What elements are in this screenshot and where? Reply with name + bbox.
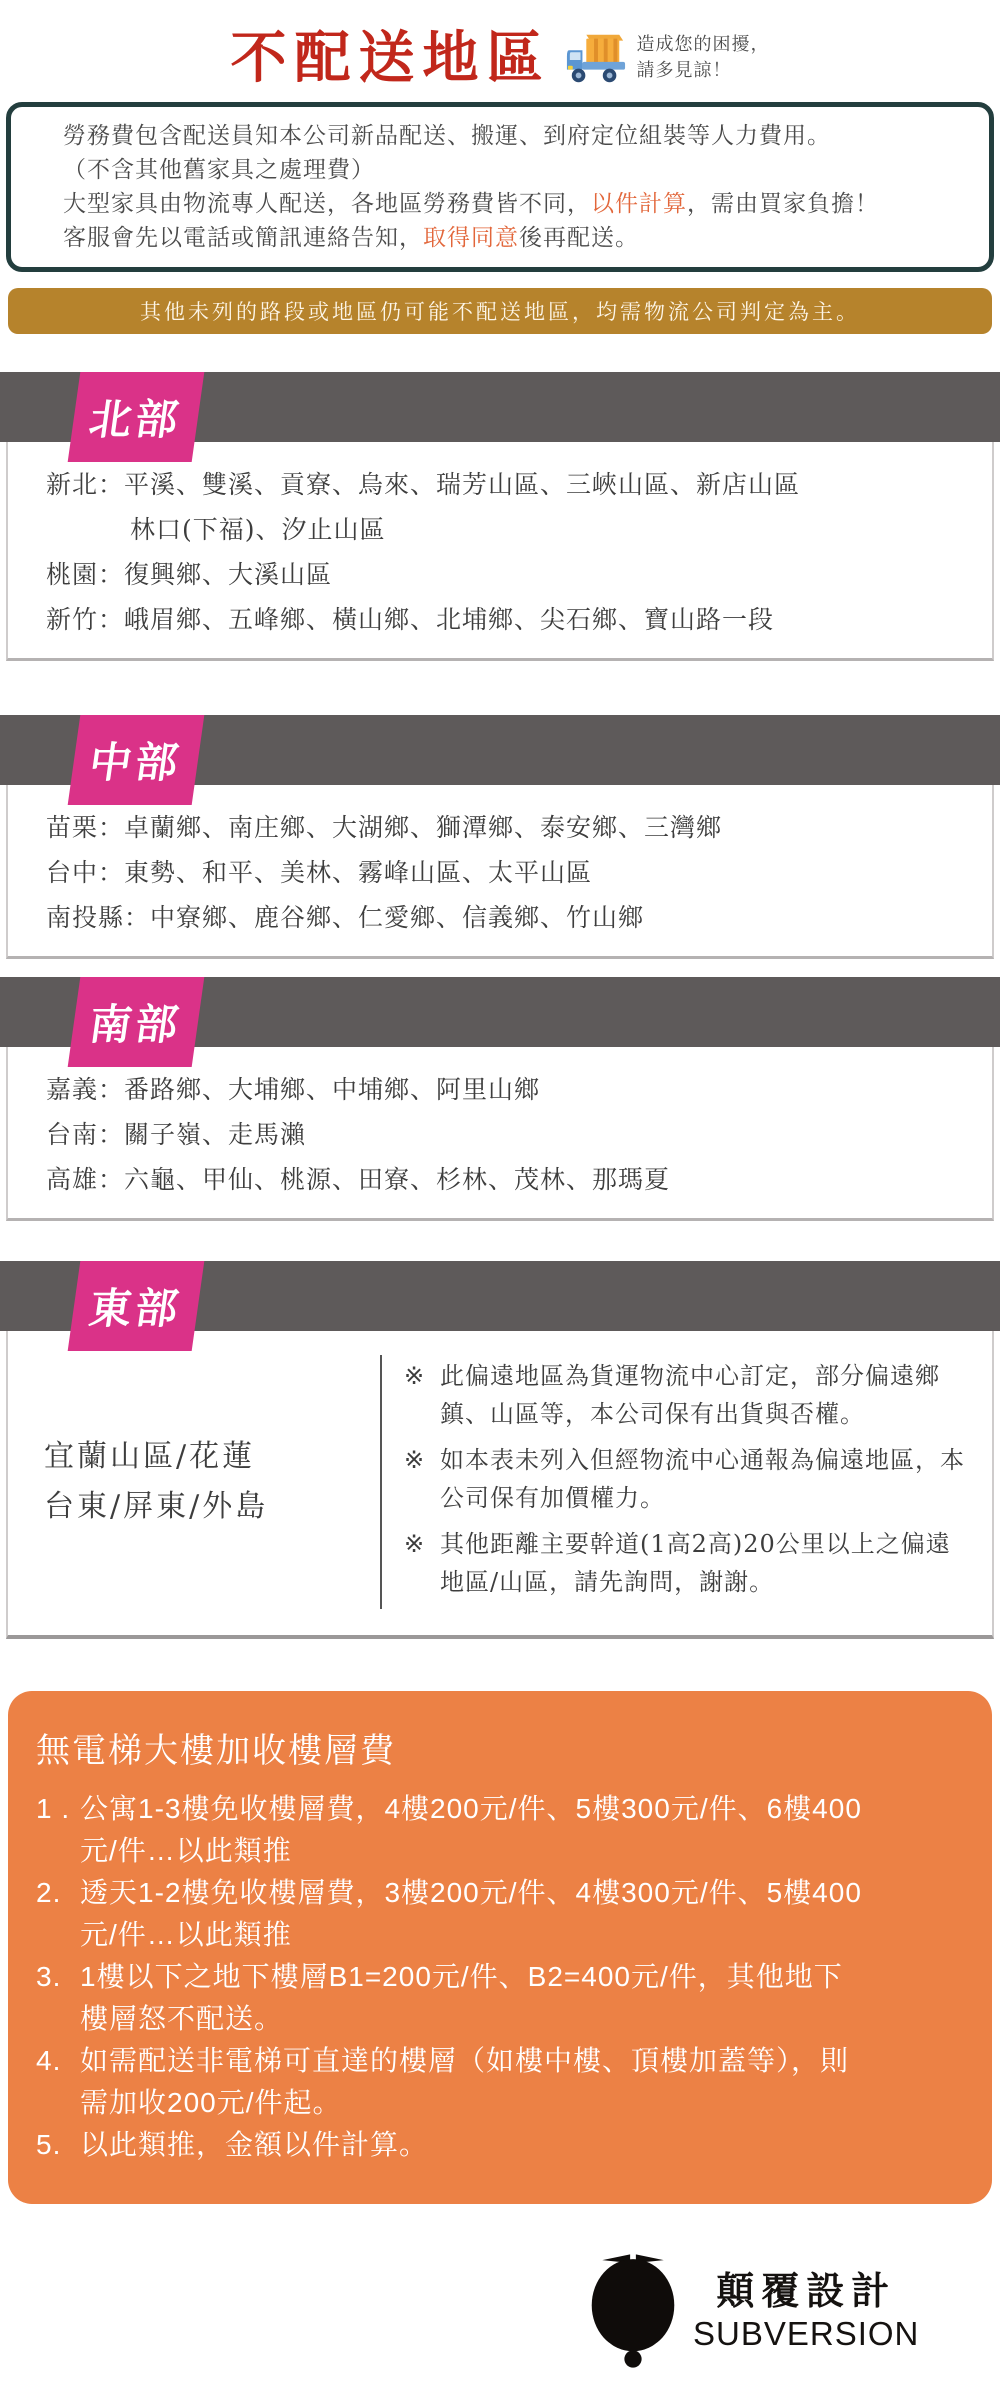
footer-brand: 顛覆設計 SUBVERSION <box>585 2246 1000 2376</box>
brand-logo-icon <box>585 2250 681 2372</box>
item-text: 如需配送非電梯可直達的樓層（如樓中樓、頂樓加蓋等），則需加收200元/件起。 <box>80 2040 870 2124</box>
section-east-badge: 東部 <box>68 1261 205 1351</box>
east-note-text: 如本表未列入但經物流中心通報為偏遠地區，本公司保有加價權力。 <box>440 1441 966 1517</box>
section-east-box: 宜蘭山區/花蓮 台東/屏東/外島 ※ 此偏遠地區為貨運物流中心訂定，部分偏遠鄉鎮… <box>6 1331 994 1639</box>
east-note-text: 此偏遠地區為貨運物流中心訂定，部分偏遠鄉鎮、山區等，本公司保有出貨與否權。 <box>440 1357 966 1433</box>
notice-line4-highlight: 取得同意 <box>423 225 519 251</box>
notice-line3-pre: 大型家具由物流專人配送，各地區勞務費皆不同， <box>63 191 591 217</box>
region-row: 苗栗：卓蘭鄉、南庄鄉、大湖鄉、獅潭鄉、泰安鄉、三灣鄉 <box>46 805 968 850</box>
section-central: 中部 苗栗：卓蘭鄉、南庄鄉、大湖鄉、獅潭鄉、泰安鄉、三灣鄉 台中：東勢、和平、美… <box>0 715 1000 959</box>
header-note: 造成您的困擾， 請多見諒！ <box>637 32 770 84</box>
floor-fee-box: 無電梯大樓加收樓層費 1 . 公寓1-3樓免收樓層費，4樓200元/件、5樓30… <box>8 1691 992 2204</box>
region-row: 林口(下福)、汐止山區 <box>46 507 968 552</box>
delivery-truck-icon <box>565 30 627 86</box>
east-areas-line1: 宜蘭山區/花蓮 <box>44 1432 380 1482</box>
east-areas: 宜蘭山區/花蓮 台東/屏東/外島 <box>8 1355 380 1609</box>
east-note: ※ 此偏遠地區為貨運物流中心訂定，部分偏遠鄉鎮、山區等，本公司保有出貨與否權。 <box>404 1357 966 1433</box>
region-row: 高雄：六龜、甲仙、桃源、田寮、杉林、茂林、那瑪夏 <box>46 1157 968 1202</box>
brand-name-en: SUBVERSION <box>693 2314 919 2354</box>
region-row: 桃園：復興鄉、大溪山區 <box>46 552 968 597</box>
region-row: 南投縣：中寮鄉、鹿谷鄉、仁愛鄉、信義鄉、竹山鄉 <box>46 895 968 940</box>
header: 不配送地區 造成您的困擾， 請多見諒！ <box>0 0 1000 96</box>
item-number: 1 . <box>36 1788 80 1872</box>
floor-fee-item: 2. 透天1-2樓免收樓層費，3樓200元/件、4樓300元/件、5樓400元/… <box>36 1872 948 1956</box>
section-north-list: 新北：平溪、雙溪、貢寮、烏來、瑞芳山區、三峽山區、新店山區 林口(下福)、汐止山… <box>6 442 994 661</box>
reference-mark-icon: ※ <box>404 1357 440 1433</box>
east-notes: ※ 此偏遠地區為貨運物流中心訂定，部分偏遠鄉鎮、山區等，本公司保有出貨與否權。 … <box>380 1355 992 1609</box>
floor-fee-item: 1 . 公寓1-3樓免收樓層費，4樓200元/件、5樓300元/件、6樓400元… <box>36 1788 948 1872</box>
notice-line3-highlight: 以件計算 <box>591 191 687 217</box>
notice-line3-post: ，需由買家負擔！ <box>687 191 879 217</box>
east-note: ※ 其他距離主要幹道(1高2高)20公里以上之偏遠地區/山區，請先詢問，謝謝。 <box>404 1525 966 1601</box>
floor-fee-title: 無電梯大樓加收樓層費 <box>36 1723 948 1772</box>
floor-fee-item: 3. 1樓以下之地下樓層B1=200元/件、B2=400元/件，其他地下樓層怒不… <box>36 1956 948 2040</box>
floor-fee-item: 5. 以此類推，金額以件計算。 <box>36 2124 948 2166</box>
item-number: 2. <box>36 1872 80 1956</box>
page: 不配送地區 造成您的困擾， 請多見諒！ 勞務費包含配送員知本公司新品配送、搬運、… <box>0 0 1000 2400</box>
item-number: 4. <box>36 2040 80 2124</box>
brand-text: 顛覆設計 SUBVERSION <box>693 2268 919 2354</box>
notice-line4-pre: 客服會先以電話或簡訊連絡告知， <box>63 225 423 251</box>
floor-fee-item: 4. 如需配送非電梯可直達的樓層（如樓中樓、頂樓加蓋等），則需加收200元/件起… <box>36 2040 948 2124</box>
section-north-label: 北部 <box>86 387 186 447</box>
region-row: 新竹：峨眉鄉、五峰鄉、橫山鄉、北埔鄉、尖石鄉、寶山路一段 <box>46 597 968 642</box>
header-note-line1: 造成您的困擾， <box>637 32 770 58</box>
region-row: 新北：平溪、雙溪、貢寮、烏來、瑞芳山區、三峽山區、新店山區 <box>46 462 968 507</box>
notice-line4: 客服會先以電話或簡訊連絡告知，取得同意後再配送。 <box>63 221 969 255</box>
section-south: 南部 嘉義：番路鄉、大埔鄉、中埔鄉、阿里山鄉 台南：關子嶺、走馬瀨 高雄：六龜、… <box>0 977 1000 1221</box>
region-row: 嘉義：番路鄉、大埔鄉、中埔鄉、阿里山鄉 <box>46 1067 968 1112</box>
notice-line3: 大型家具由物流專人配送，各地區勞務費皆不同，以件計算，需由買家負擔！ <box>63 187 969 221</box>
item-text: 公寓1-3樓免收樓層費，4樓200元/件、5樓300元/件、6樓400元/件…以… <box>80 1788 870 1872</box>
section-north-badge: 北部 <box>68 372 205 462</box>
section-north: 北部 新北：平溪、雙溪、貢寮、烏來、瑞芳山區、三峽山區、新店山區 林口(下福)、… <box>0 372 1000 661</box>
service-fee-notice: 勞務費包含配送員知本公司新品配送、搬運、到府定位組裝等人力費用。 （不含其他舊家… <box>6 102 994 272</box>
section-central-badge: 中部 <box>68 715 205 805</box>
item-text: 以此類推，金額以件計算。 <box>80 2124 870 2166</box>
east-areas-line2: 台東/屏東/外島 <box>44 1482 380 1532</box>
item-number: 3. <box>36 1956 80 2040</box>
reference-mark-icon: ※ <box>404 1441 440 1517</box>
east-note-text: 其他距離主要幹道(1高2高)20公里以上之偏遠地區/山區，請先詢問，謝謝。 <box>440 1525 966 1601</box>
item-number: 5. <box>36 2124 80 2166</box>
page-title: 不配送地區 <box>231 30 551 86</box>
notice-line1: 勞務費包含配送員知本公司新品配送、搬運、到府定位組裝等人力費用。 <box>63 119 969 153</box>
section-east-label: 東部 <box>86 1276 186 1336</box>
header-note-line2: 請多見諒！ <box>637 58 770 84</box>
notice-line4-post: 後再配送。 <box>519 225 639 251</box>
section-south-list: 嘉義：番路鄉、大埔鄉、中埔鄉、阿里山鄉 台南：關子嶺、走馬瀨 高雄：六龜、甲仙、… <box>6 1047 994 1221</box>
section-south-label: 南部 <box>86 992 186 1052</box>
reference-mark-icon: ※ <box>404 1525 440 1601</box>
item-text: 透天1-2樓免收樓層費，3樓200元/件、4樓300元/件、5樓400元/件…以… <box>80 1872 870 1956</box>
region-row: 台中：東勢、和平、美林、霧峰山區、太平山區 <box>46 850 968 895</box>
section-central-list: 苗栗：卓蘭鄉、南庄鄉、大湖鄉、獅潭鄉、泰安鄉、三灣鄉 台中：東勢、和平、美林、霧… <box>6 785 994 959</box>
notice-line2: （不含其他舊家具之處理費） <box>63 153 969 187</box>
item-text: 1樓以下之地下樓層B1=200元/件、B2=400元/件，其他地下樓層怒不配送。 <box>80 1956 870 2040</box>
disclaimer-banner-text: 其他未列的路段或地區仍可能不配送地區，均需物流公司判定為主。 <box>140 296 860 326</box>
section-south-badge: 南部 <box>68 977 205 1067</box>
east-note: ※ 如本表未列入但經物流中心通報為偏遠地區，本公司保有加價權力。 <box>404 1441 966 1517</box>
section-east: 東部 宜蘭山區/花蓮 台東/屏東/外島 ※ 此偏遠地區為貨運物流中心訂定，部分偏… <box>0 1261 1000 1639</box>
disclaimer-banner: 其他未列的路段或地區仍可能不配送地區，均需物流公司判定為主。 <box>8 288 992 334</box>
region-row: 台南：關子嶺、走馬瀨 <box>46 1112 968 1157</box>
brand-name-zh: 顛覆設計 <box>693 2268 919 2314</box>
section-central-label: 中部 <box>86 730 186 790</box>
